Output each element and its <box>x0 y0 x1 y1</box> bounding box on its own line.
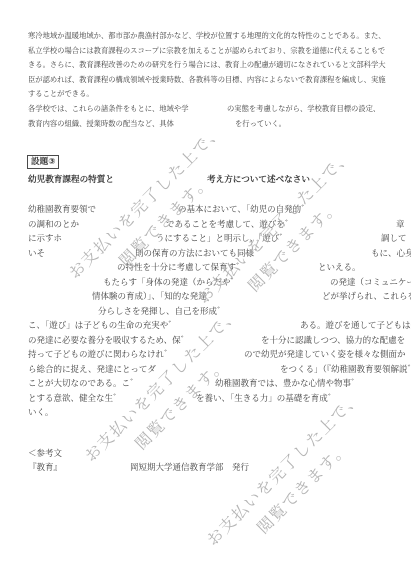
body-text-fragment: 調して <box>381 234 407 244</box>
body-text-fragment: とする意欲、健全な生゛ <box>28 394 122 404</box>
body-text-fragment: こ、「遊び」は子どもの生命の充実や゛ <box>28 321 177 331</box>
body-text-fragment: といえる。 <box>318 263 361 273</box>
body-text-fragment: どが挙げられ、これらを <box>322 292 411 302</box>
paragraph-line: 各学校では、これらの諸条件をもとに、地域や学 <box>28 105 189 113</box>
paragraph-line: きる。さらに、教育課程改善のための研究を行う場合には、教育上の配慮が適切になされ… <box>28 61 386 69</box>
paragraph-line: を行っていく。 <box>235 120 286 128</box>
question-heading-fragment: 幼児教育課程の特質と <box>28 175 114 185</box>
paragraph-line: の実態を考慮しながら、学校教育目標の設定、 <box>227 105 380 113</box>
body-text-fragment: をつくる」（『幼稚園教育要領解説゛ <box>280 365 411 375</box>
body-text-fragment: であることを考慮して、遊びを゛ <box>166 220 293 230</box>
body-text-fragment: 章 <box>396 220 405 230</box>
body-text-fragment: いく。 <box>28 408 53 418</box>
watermark-line2: 閲覧できます。 <box>220 405 387 572</box>
watermark-line1: お支払いを完了した上で、 <box>63 119 230 286</box>
watermark-line2: 閲覧できます。 <box>211 163 378 330</box>
body-text-fragment: いそ <box>28 249 45 259</box>
paragraph-line: 私立学校の場合には教育課程のスコープに宗教を加えることが認められており、宗教を道… <box>28 47 385 55</box>
paragraph-line: 教育内容の組織、授業時数の配当など、具体 <box>28 120 174 128</box>
body-text-fragment: の基本において、「幼児の自発的゛ <box>178 205 310 215</box>
body-text-fragment: の調和のとか <box>28 220 79 230</box>
reference-text-fragment: 『教育』 <box>28 463 62 473</box>
body-text-fragment: 幼稚園教育要領で <box>28 205 96 215</box>
body-text-fragment: もたらす「身体の発達（からだや゛ <box>103 278 239 288</box>
body-text-fragment: ことが大切なのである。こ゛ <box>28 379 139 389</box>
body-text-fragment: 則の保育の方法においても同様゛ <box>135 249 263 259</box>
body-text-fragment: 幼稚園教育では、豊かな心情や物事゛ <box>215 379 360 389</box>
reference-text-fragment: ＜参考文 <box>28 449 62 459</box>
reference-text-fragment: 岡短期大学通信教育学部 発行 <box>130 463 249 473</box>
body-text-fragment: を十分に認識しつつ、協力的な配慮を <box>261 336 405 346</box>
payment-watermark: お支払いを完了した上で、閲覧できます。 <box>201 386 388 573</box>
question-heading-fragment: 考え方について述べなさい <box>207 175 310 185</box>
body-text-fragment: の発達に必要な養分を吸収するため、保゛ <box>28 336 189 346</box>
question-number-box: 設題③ <box>27 155 59 169</box>
document-page: 設題③ 寒冷地域か温暖地域か、都市部か農漁村部かなど、学校が位置する地理的文化的… <box>0 0 411 580</box>
body-text-fragment: ある。遊びを通して子どもは生涯 <box>300 321 411 331</box>
body-text-fragment: 持って子どもの遊びに関わらなけれ゛ <box>28 350 173 360</box>
body-text-fragment: うにすること」と明示し、「遊び゛ <box>156 234 288 244</box>
body-text-fragment: 情体験の育成）」、「知的な発達゛ <box>92 292 215 302</box>
body-text-fragment: ら総合的に捉え、発達にとってダ <box>28 365 156 375</box>
body-text-fragment: の発達（コミュニケー <box>330 278 411 288</box>
body-text-fragment: に示すホ <box>28 234 62 244</box>
body-text-fragment: ので幼児が発達していく姿を様々な側面か <box>244 350 406 360</box>
body-text-fragment: を養い、「生きる力」の基礎を育成゛ <box>196 394 336 404</box>
body-text-fragment: もに、心身 <box>371 249 411 259</box>
paragraph-line: 臣が認めれば、教育課程の構成領域や授業時数、各教科等の目標、内容によらないで教育… <box>28 76 386 84</box>
body-text-fragment: の特性を十分に考慮して保育す゛ <box>117 263 245 273</box>
paragraph-line: 寒冷地域か温暖地域か、都市部か農漁村部かなど、学校が位置する地理的文化的な特性の… <box>28 32 386 40</box>
body-text-fragment: 分らしさを発揮し、自己を形成゛ <box>98 307 226 317</box>
paragraph-line: することができる。 <box>28 90 94 98</box>
